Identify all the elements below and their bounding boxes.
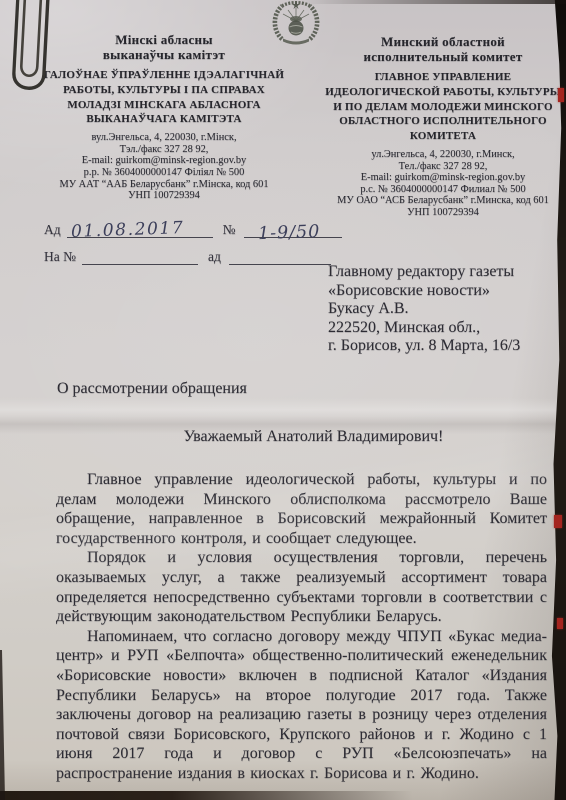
subject-line: О рассмотрении обращения: [57, 380, 247, 398]
address-line: вул.Энгельса, 4, 220030, г.Мінск,: [42, 132, 286, 144]
scanned-letter-photo: Мінскі абласны выканаўчы камітэт ГАЛОЎНА…: [0, 0, 566, 800]
address-line: E-mail: guirkom@minsk-region.gov.by: [322, 172, 564, 184]
incoming-date-label: ад: [208, 249, 221, 265]
body-paragraph: Главное управление идеологической работы…: [56, 470, 547, 548]
address-line: УНП 100729394: [322, 207, 564, 219]
red-mark: [557, 618, 563, 629]
red-mark: [554, 515, 562, 528]
recipient-line: 222520, Минская обл.,: [328, 319, 520, 338]
handwritten-date: 01.08.2017: [70, 218, 184, 242]
letter-paper: Мінскі абласны выканаўчы камітэт ГАЛОЎНА…: [0, 0, 566, 800]
address-line: МУ ОАО “АСБ Беларусбанк” г.Минска, код 6…: [322, 195, 564, 207]
department-name-by: ГАЛОЎНАЕ ЎПРАЎЛЕННЕ ІДЭАЛАГІЧНАЙ РАБОТЫ,…: [42, 68, 286, 127]
org-name-line: выканаўчы камітэт: [42, 48, 286, 63]
body-paragraph: Напоминаем, что согласно договору между …: [56, 627, 547, 784]
letterhead-right-column: Минский областной исполнительный комитет…: [322, 35, 564, 219]
address-line: УНП 100729394: [42, 190, 286, 202]
recipient-line: Главному редактору газеты: [328, 263, 520, 282]
outgoing-number-label: №: [223, 222, 236, 238]
photo-edge-bottom: [0, 791, 430, 800]
org-name-by: Мінскі абласны выканаўчы камітэт: [42, 33, 286, 62]
recipient-line: Букасу А.В.: [328, 300, 520, 319]
incoming-date-line: [229, 264, 331, 265]
org-name-ru: Минский областной исполнительный комитет: [322, 35, 564, 64]
org-name-line: Мінскі абласны: [42, 33, 286, 48]
address-line: р.с. № 3604000000147 Филиал № 500: [322, 184, 564, 196]
letter-body: Главное управление идеологической работы…: [56, 470, 547, 784]
red-mark: [558, 88, 564, 102]
outgoing-date-label: Ад: [44, 222, 61, 238]
outgoing-number-line: 1-9/50: [244, 237, 342, 238]
incoming-number-line: [82, 264, 198, 265]
org-name-line: Минский областной: [322, 35, 564, 50]
incoming-number-label: На №: [44, 249, 76, 265]
reference-block: Ад 01.08.2017 № 1-9/50 На № ад: [44, 216, 342, 265]
recipient-line: «Борисовские новости»: [328, 282, 520, 301]
photo-edge-top: [300, 0, 566, 4]
body-paragraph: Порядок и условия осуществления торговли…: [56, 548, 547, 626]
incoming-reference-row: На № ад: [44, 243, 342, 265]
address-line: ул.Энгельса, 4, 220030, г.Минск,: [322, 149, 564, 161]
belarus-coat-of-arms-emblem: [269, 1, 323, 45]
recipient-line: г. Борисов, ул. 8 Марта, 16/3: [328, 337, 520, 356]
letterhead-left-column: Мінскі абласны выканаўчы камітэт ГАЛОЎНА…: [42, 33, 286, 202]
address-line: Тел./факс 327 28 92,: [322, 161, 564, 173]
recipient-block: Главному редактору газеты «Борисовские н…: [328, 263, 520, 356]
address-line: E-mail: guirkom@minsk-region.gov.by: [42, 155, 286, 167]
address-block-ru: ул.Энгельса, 4, 220030, г.Минск, Тел./фа…: [322, 149, 564, 219]
paperclip: [6, 0, 54, 106]
outgoing-date-line: 01.08.2017: [67, 237, 213, 238]
address-line: р.р. № 3604000000147 Філіял № 500: [42, 167, 286, 179]
handwritten-number: 1-9/50: [257, 222, 320, 244]
address-line: Тэл./факс 327 28 92,: [42, 144, 286, 156]
outgoing-reference-row: Ад 01.08.2017 № 1-9/50: [44, 216, 342, 238]
address-block-by: вул.Энгельса, 4, 220030, г.Мінск, Тэл./ф…: [42, 132, 286, 202]
department-name-ru: ГЛАВНОЕ УПРАВЛЕНИЕ ИДЕОЛОГИЧЕСКОЙ РАБОТЫ…: [322, 70, 564, 144]
org-name-line: исполнительный комитет: [322, 50, 564, 65]
salutation: Уважаемый Анатолий Владимирович!: [56, 428, 559, 446]
address-line: МУ ААТ “ААБ Беларусбанк” г.Мінска, код 6…: [42, 179, 286, 191]
